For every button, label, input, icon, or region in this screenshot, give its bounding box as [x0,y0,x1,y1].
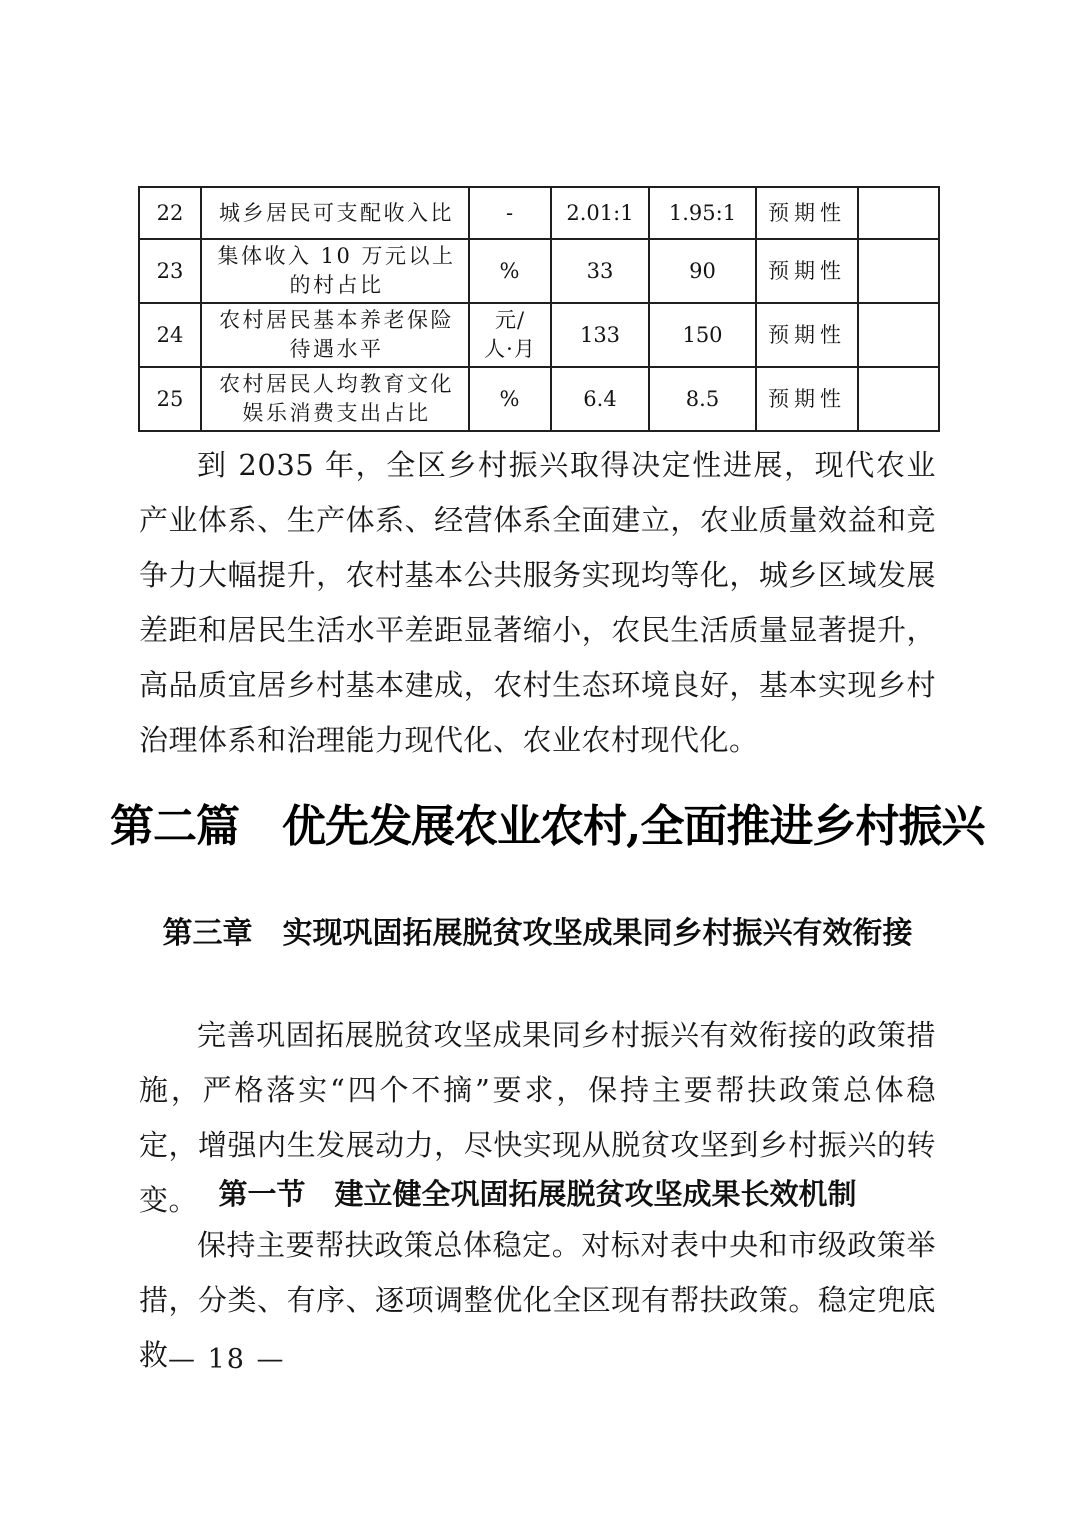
cell-index: 23 [139,239,201,303]
table-row: 25 农村居民人均教育文化娱乐消费支出占比 % 6.4 8.5 预期性 [139,367,939,431]
cell-note [858,187,939,239]
cell-value-target: 90 [649,239,756,303]
chapter-title: 第三章 实现巩固拓展脱贫攻坚成果同乡村振兴有效衔接 [139,908,936,952]
cell-index: 22 [139,187,201,239]
cell-index: 25 [139,367,201,431]
cell-value-target: 150 [649,303,756,367]
document-page: 22 城乡居民可支配收入比 - 2.01:1 1.95:1 预期性 23 集体收… [0,0,1074,1520]
cell-unit: % [469,367,551,431]
cell-attribute: 预期性 [756,187,858,239]
cell-unit: - [469,187,551,239]
cell-value-current: 6.4 [551,367,649,431]
cell-value-target: 1.95:1 [649,187,756,239]
cell-indicator-name: 农村居民基本养老保险待遇水平 [201,303,469,367]
cell-note [858,303,939,367]
cell-value-current: 2.01:1 [551,187,649,239]
cell-indicator-name: 农村居民人均教育文化娱乐消费支出占比 [201,367,469,431]
cell-unit: % [469,239,551,303]
indicators-table: 22 城乡居民可支配收入比 - 2.01:1 1.95:1 预期性 23 集体收… [138,186,940,432]
cell-attribute: 预期性 [756,239,858,303]
page-number: — 18 — [168,1344,286,1375]
indicators-table-wrap: 22 城乡居民可支配收入比 - 2.01:1 1.95:1 预期性 23 集体收… [138,186,940,432]
cell-value-target: 8.5 [649,367,756,431]
cell-note [858,367,939,431]
cell-index: 24 [139,303,201,367]
cell-note [858,239,939,303]
paragraph-2035-goals: 到 2035 年，全区乡村振兴取得决定性进展，现代农业产业体系、生产体系、经营体… [139,438,936,768]
cell-value-current: 133 [551,303,649,367]
cell-indicator-name: 集体收入 10 万元以上的村占比 [201,239,469,303]
section-title: 第一节 建立健全巩固拓展脱贫攻坚成果长效机制 [139,1172,936,1213]
table-row: 22 城乡居民可支配收入比 - 2.01:1 1.95:1 预期性 [139,187,939,239]
cell-value-current: 33 [551,239,649,303]
table-row: 24 农村居民基本养老保险待遇水平 元/ 人·月 133 150 预期性 [139,303,939,367]
table-row: 23 集体收入 10 万元以上的村占比 % 33 90 预期性 [139,239,939,303]
cell-unit: 元/ 人·月 [469,303,551,367]
cell-indicator-name: 城乡居民可支配收入比 [201,187,469,239]
cell-attribute: 预期性 [756,303,858,367]
part-title: 第二篇 优先发展农业农村,全面推进乡村振兴 [110,790,970,854]
cell-attribute: 预期性 [756,367,858,431]
